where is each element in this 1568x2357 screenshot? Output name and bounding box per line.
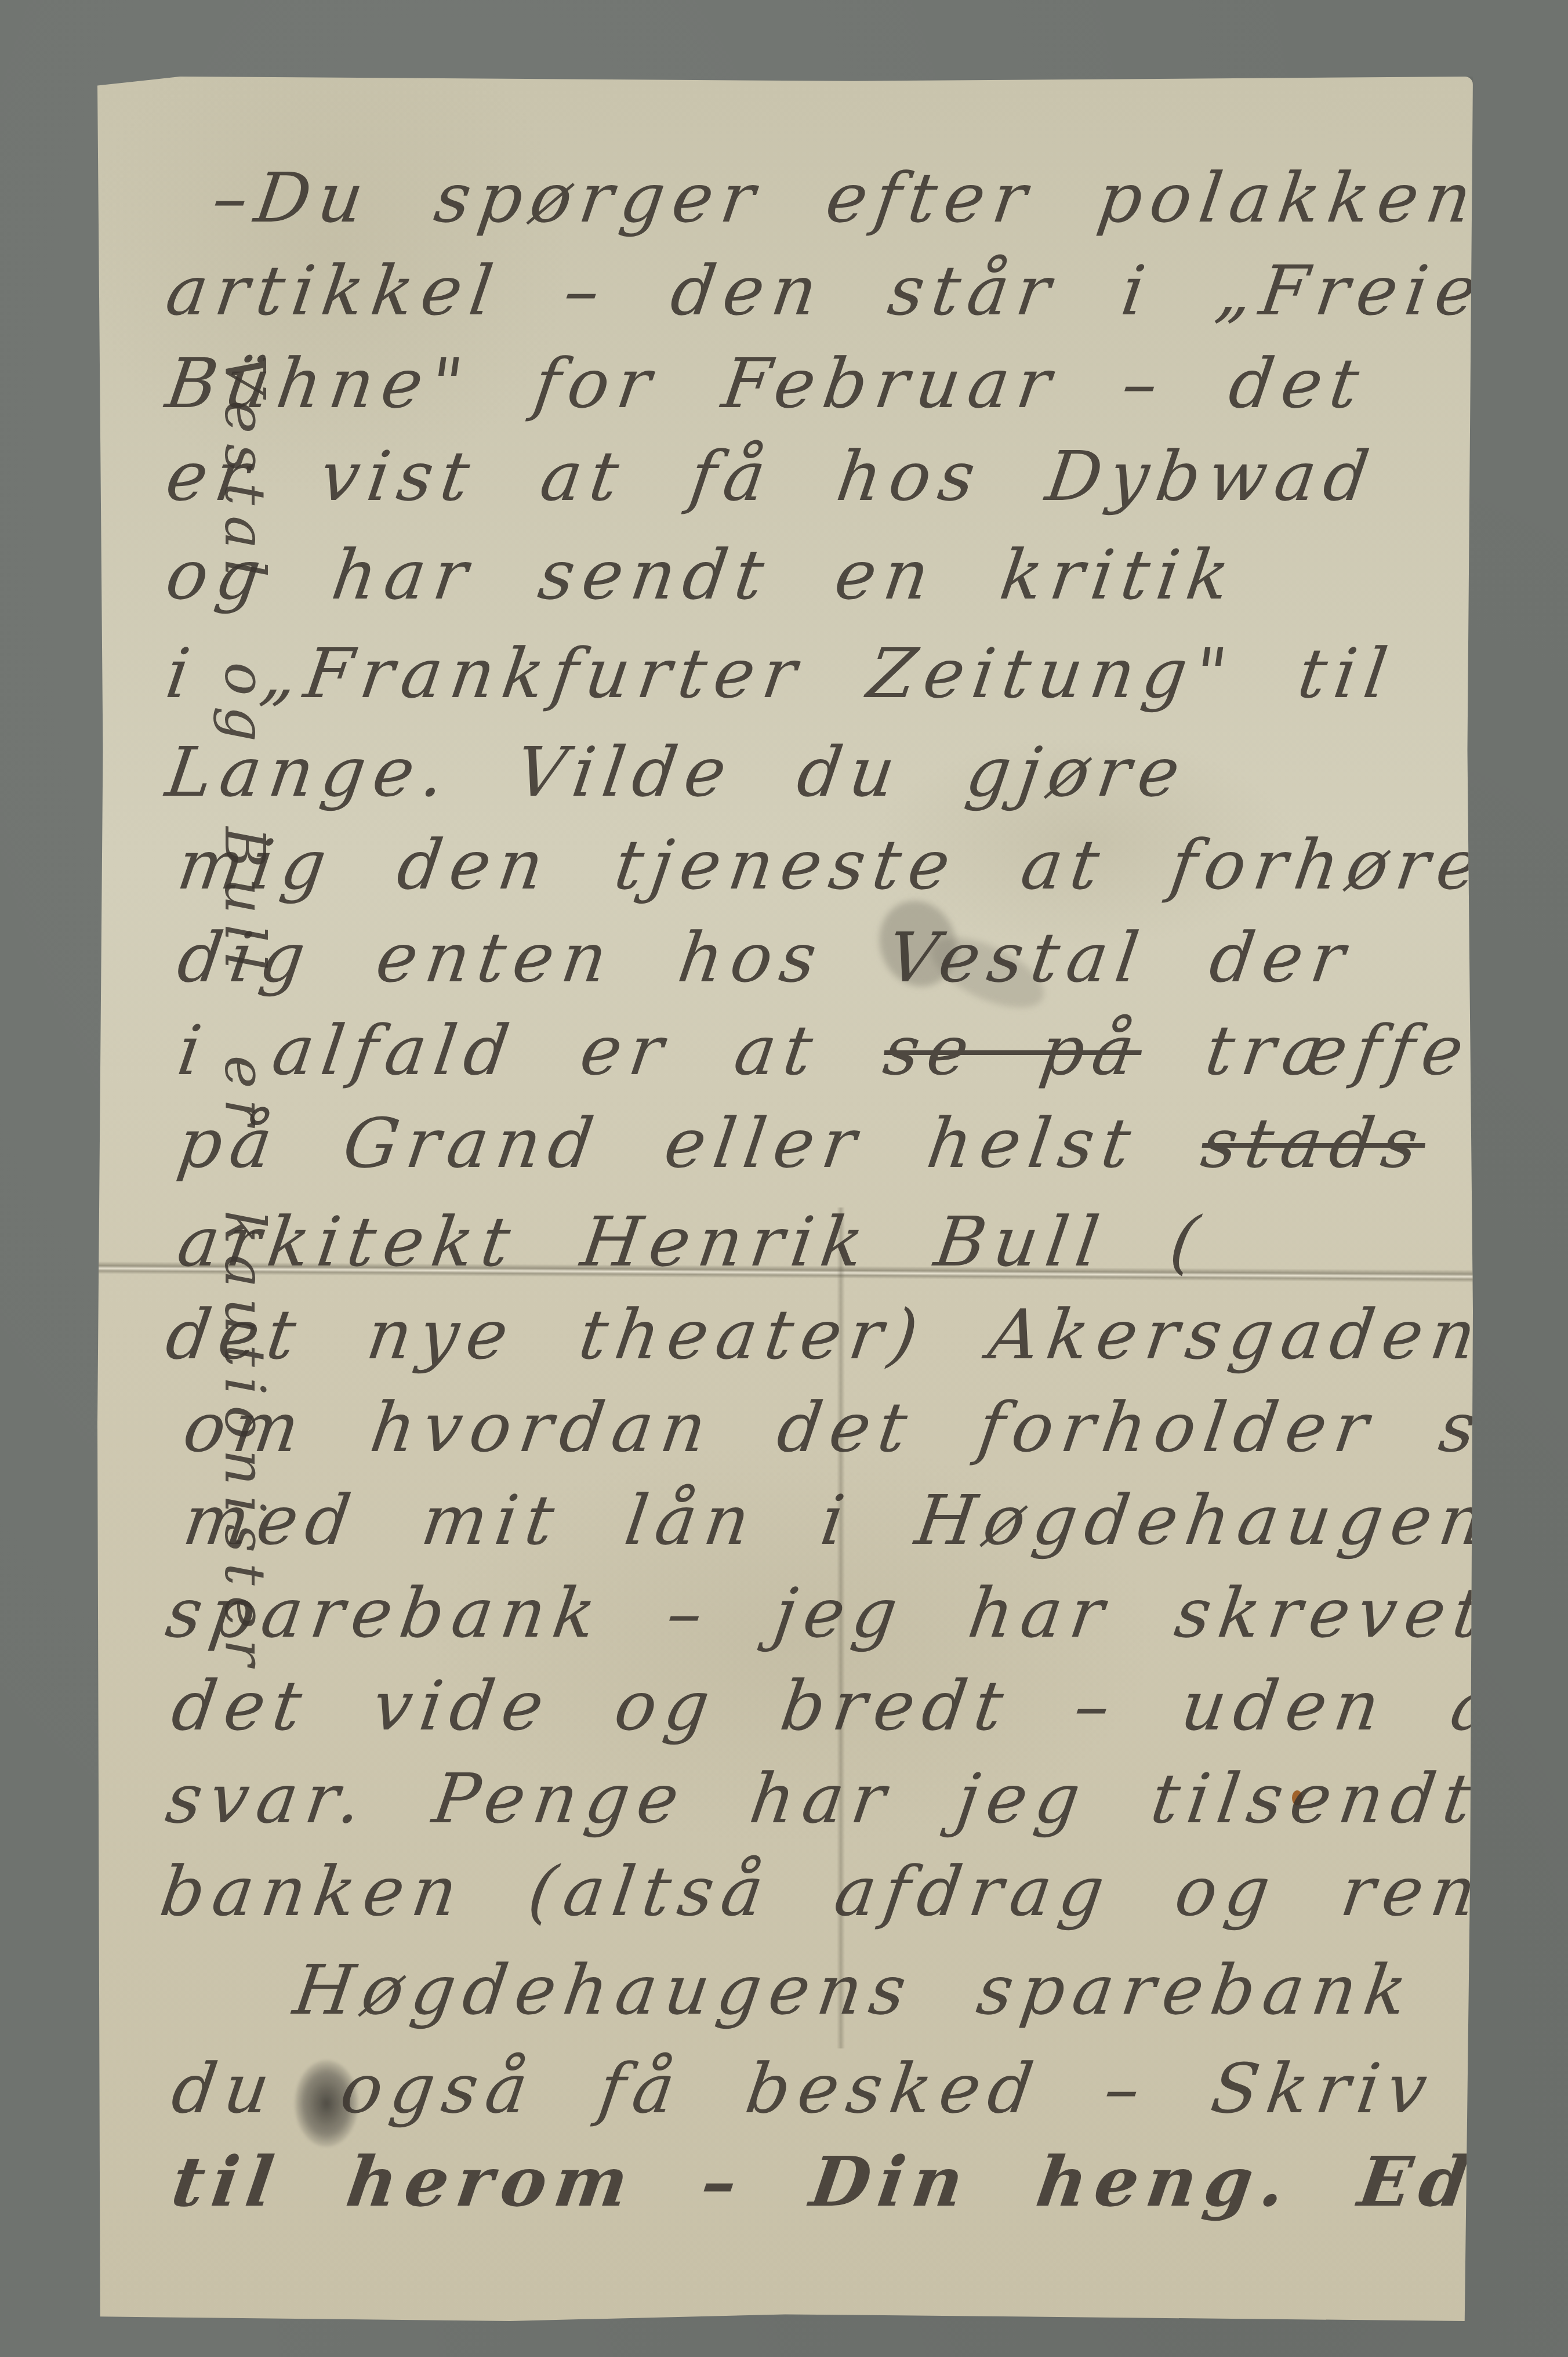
letter-line-21: du også få besked – Skriv mig [167, 2048, 1568, 2128]
letter-line-10: i alfald er at se på træffe hos [173, 1010, 1568, 1090]
letter-page: Vestal og Bull er kautionister –Du spørg… [97, 77, 1473, 2321]
struck-text: stads [1197, 1103, 1431, 1183]
letter-line-3: Bühne" for Februar – det [161, 343, 1371, 423]
letter-line-15: med mit lån i Høgdehaugens [179, 1480, 1541, 1560]
letter-line-8: mig den tjeneste at forhøre [173, 825, 1491, 905]
letter-line-9: dig enten hos Vestal der [173, 918, 1358, 998]
letter-line-1: –Du spørger efter polakkens [208, 158, 1527, 238]
letter-closing-signature: til herom – Din heng. Edv. Munch [167, 2141, 1568, 2222]
letter-line-16: sparebank – jeg har skrevet i [161, 1573, 1568, 1653]
letter-line-2: artikkel – den står i „Freie [161, 251, 1490, 331]
struck-text: se på [879, 1010, 1147, 1090]
letter-line-17: det vide og bredt – uden at få [167, 1666, 1568, 1746]
letter-line-7: Lange. Vilde du gjøre [161, 732, 1192, 812]
letter-line-11: på Grand eller helst stads [173, 1103, 1431, 1183]
letter-line-18: svar. Penge har jeg tilsendt sendt [161, 1758, 1568, 1839]
letter-line-19: banken (altså afdrag og renter) I [155, 1851, 1568, 1931]
letter-line-5: og har sendt en kritik [161, 535, 1242, 615]
letter-line-12: arkitekt Henrik Bull ( [173, 1202, 1211, 1282]
letter-line-20: Høgdehaugens sparebank kunde [289, 1950, 1568, 2030]
letter-line-4: er vist at få hos Dybwad [161, 436, 1382, 516]
line-text: på Grand eller helst [173, 1103, 1208, 1183]
letter-line-13: det nye theater) Akersgaden – [161, 1294, 1568, 1375]
letter-line-14: om hvordan det forholder sig [179, 1387, 1568, 1467]
line-text: i alfald er at [173, 1010, 890, 1090]
letter-line-6: i „Frankfurter Zeitung" til [161, 633, 1400, 713]
